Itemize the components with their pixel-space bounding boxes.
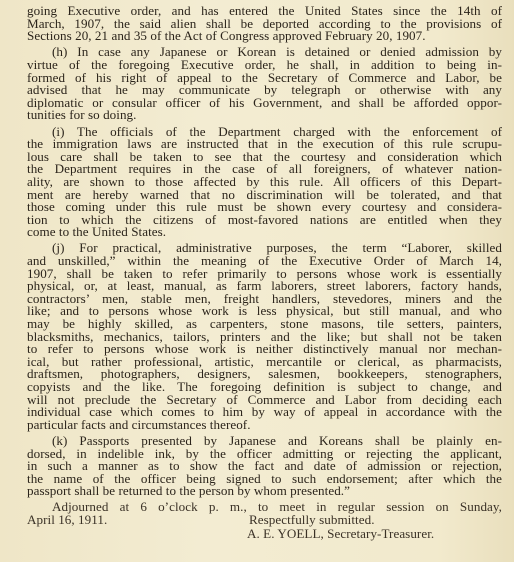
document-page: going Executive order, and has entered t… [27, 5, 502, 541]
respectfully-submitted: Respectfully submitted. [249, 514, 375, 527]
signature: A. E. YOELL, Secretary-Treasurer. [27, 528, 502, 541]
text-line: particular facts and circumstances there… [27, 419, 502, 432]
paragraph-g-continued: going Executive order, and has entered t… [27, 5, 502, 43]
closing-block: Adjourned at 6 o’clock p. m., to meet in… [27, 501, 502, 541]
paragraph-i: (i) The officials of the Department char… [27, 126, 502, 239]
adjournment-date: April 16, 1911. [27, 512, 107, 527]
text-line: tunities for so doing. [27, 109, 502, 122]
paragraph-h: (h) In case any Japanese or Korean is de… [27, 46, 502, 122]
text-line: Sections 20, 21 and 35 of the Act of Con… [27, 30, 502, 43]
text-line: come to the United States. [27, 226, 502, 239]
date-row: April 16, 1911.Respectfully submitted. [27, 514, 502, 527]
paragraph-j: (j) For practical, administrative purpos… [27, 242, 502, 431]
paragraph-k: (k) Passports presented by Japanese and … [27, 435, 502, 498]
text-line: passport shall be returned to the person… [27, 485, 502, 498]
